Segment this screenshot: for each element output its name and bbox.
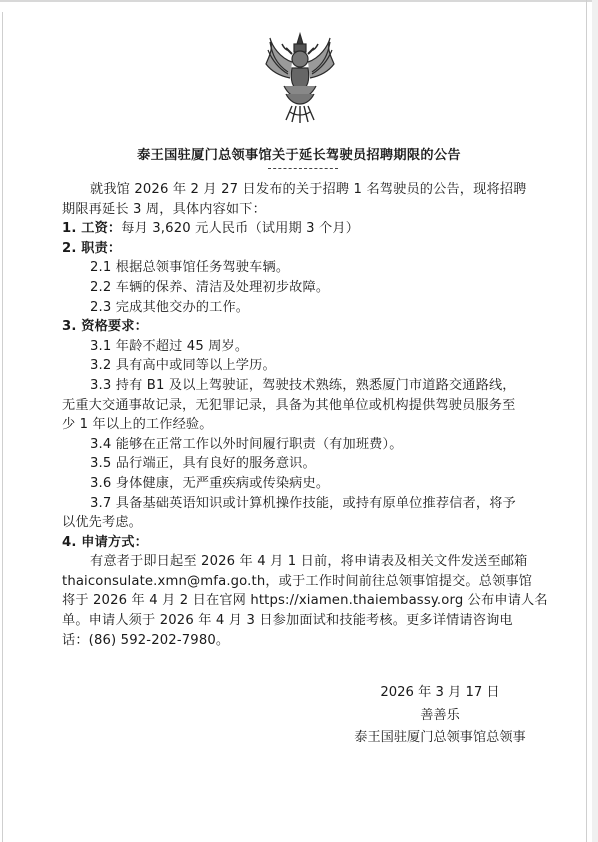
requirement-item: 3.7 具备基础英语知识或计算机操作技能，或持有原单位推荐信者，将予 bbox=[62, 494, 540, 514]
requirement-item: 3.5 品行端正，具有良好的服务意识。 bbox=[62, 454, 540, 474]
signature-date: 2026 年 3 月 17 日 bbox=[340, 682, 540, 705]
duty-item: 2.3 完成其他交办的工作。 bbox=[62, 298, 540, 318]
application-line-3-post: 公布申请人名 bbox=[463, 593, 547, 608]
salary-section: 1. 工资：每月 3,620 元人民币（试用期 3 个月） bbox=[62, 219, 540, 239]
intro-line-1: 就我馆 2026 年 2 月 27 日发布的关于招聘 1 名驾驶员的公告，现将招… bbox=[62, 180, 540, 200]
requirement-item: 3.4 能够在正常工作以外时间履行职责（有加班费）。 bbox=[62, 435, 540, 455]
duty-item: 2.1 根据总领事馆任务驾驶车辆。 bbox=[62, 258, 540, 278]
requirement-item-continued: 无重大交通事故记录，无犯罪记录，具备为其他单位或机构提供驾驶员服务至 bbox=[62, 396, 540, 416]
requirement-item-continued: 少 1 年以上的工作经验。 bbox=[62, 415, 540, 435]
application-line-1: 有意者于即日起至 2026 年 4 月 1 日前，将申请表及相关文件发送至邮箱 bbox=[62, 552, 540, 572]
application-line-3-pre: 将于 2026 年 4 月 2 日在官网 bbox=[62, 593, 250, 608]
signature-position: 泰王国驻厦门总领事馆总领事 bbox=[340, 727, 540, 750]
salary-heading: 1. 工资： bbox=[62, 221, 121, 236]
scan-edge-top bbox=[0, 0, 598, 2]
requirement-item: 3.3 持有 B1 及以上驾驶证，驾驶技术熟练，熟悉厦门市道路交通路线， bbox=[62, 376, 540, 396]
duties-heading: 2. 职责： bbox=[62, 239, 540, 259]
scan-edge-left bbox=[2, 12, 3, 842]
scan-edge-shadow bbox=[592, 0, 598, 842]
requirement-item: 3.6 身体健康，无严重疾病或传染病史。 bbox=[62, 474, 540, 494]
intro-line-2: 期限再延长 3 周，具体内容如下： bbox=[62, 200, 540, 220]
page-title: 泰王国驻厦门总领事馆关于延长驾驶员招聘期限的公告 bbox=[0, 144, 598, 163]
signature-name: 善善乐 bbox=[340, 705, 540, 728]
application-line-3: 将于 2026 年 4 月 2 日在官网 https://xiamen.thai… bbox=[62, 591, 540, 611]
requirement-item-continued: 以优先考虑。 bbox=[62, 513, 540, 533]
duty-item: 2.2 车辆的保养、清洁及处理初步故障。 bbox=[62, 278, 540, 298]
application-line-4: 单。申请人须于 2026 年 4 月 3 日参加面试和技能考核。更多详情请咨询电 bbox=[62, 611, 540, 631]
requirement-item: 3.1 年龄不超过 45 周岁。 bbox=[62, 337, 540, 357]
requirements-heading: 3. 资格要求： bbox=[62, 317, 540, 337]
website-link[interactable]: https://xiamen.thaiembassy.org bbox=[250, 593, 463, 608]
title-underline-divider bbox=[268, 168, 338, 169]
announcement-body: 就我馆 2026 年 2 月 27 日发布的关于招聘 1 名驾驶员的公告，现将招… bbox=[62, 180, 540, 650]
requirement-item: 3.2 具有高中或同等以上学历。 bbox=[62, 356, 540, 376]
email-link[interactable]: thaiconsulate.xmn@mfa.go.th bbox=[62, 574, 265, 589]
application-line-2: thaiconsulate.xmn@mfa.go.th，或于工作时间前往总领事馆… bbox=[62, 572, 540, 592]
salary-text: 每月 3,620 元人民币（试用期 3 个月） bbox=[121, 221, 359, 236]
scan-edge-right bbox=[586, 0, 587, 842]
application-line-2-text: ，或于工作时间前往总领事馆提交。总领事馆 bbox=[265, 574, 532, 589]
signature-block: 2026 年 3 月 17 日 善善乐 泰王国驻厦门总领事馆总领事 bbox=[340, 682, 540, 750]
garuda-emblem-icon bbox=[262, 28, 338, 126]
application-heading: 4. 申请方式： bbox=[62, 533, 540, 553]
application-line-5: 话：(86) 592-202-7980。 bbox=[62, 631, 540, 651]
